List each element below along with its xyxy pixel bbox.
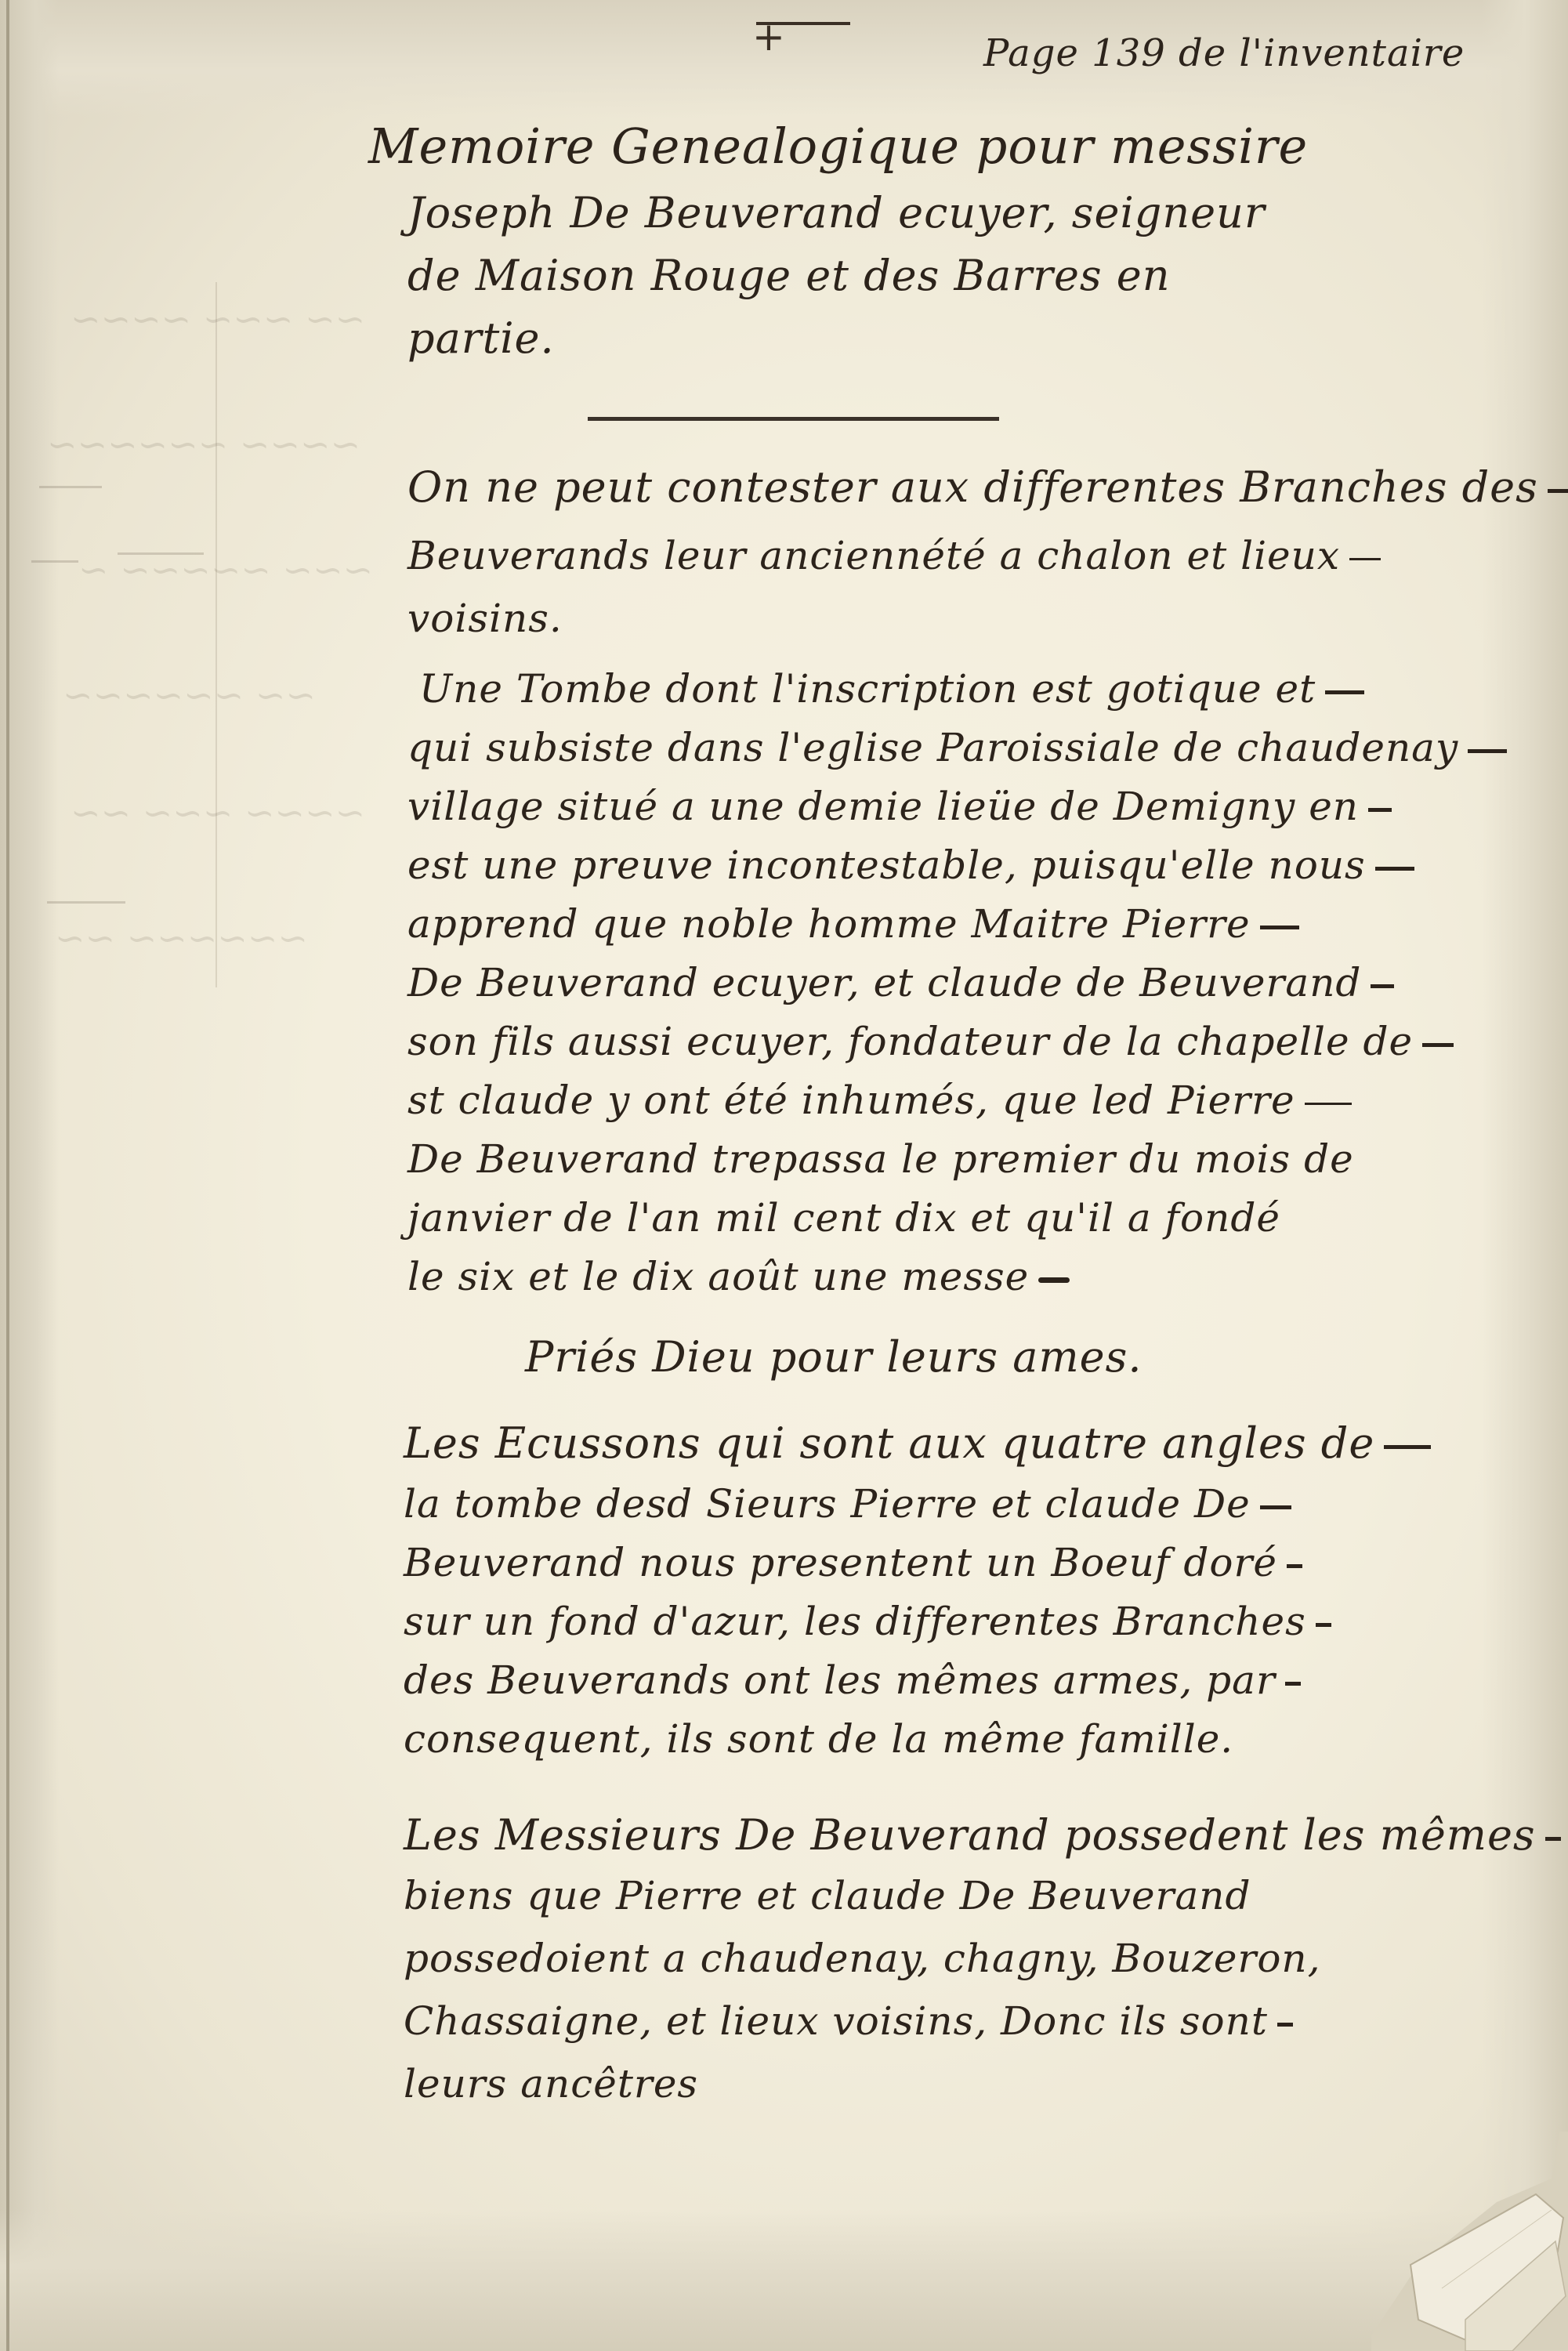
manuscript-page: ~~ ~~~ ~~~~ ~~~~ ~~~~~~ ~~~ ~~~~~ ~ ~~ ~… [0,0,1568,2351]
paragraph-5-line-4: Chassaigne, et lieux voisins, Donc ils s… [404,1998,1293,2044]
paragraph-2-line-5: apprend que noble homme Maitre Pierre [407,901,1299,947]
paragraph-1-line-3: voisins. [407,596,563,641]
title-line-2: Joseph De Beuverand ecuyer, seigneur [407,188,1266,237]
bleed-through-text: ~~~~ ~~~ ~~ [71,792,365,834]
paragraph-4-line-1: Les Ecussons qui sont aux quatre angles … [404,1418,1431,1468]
bleed-through-dash [47,901,125,904]
paragraph-2-line-6: De Beuverand ecuyer, et claude de Beuver… [407,960,1394,1005]
paragraph-4-line-4: sur un fond d'azur, les differentes Bran… [404,1599,1331,1644]
invocation-line: Priés Dieu pour leurs ames. [525,1332,1142,1382]
paragraph-4-line-5: des Beuverands ont les mêmes armes, par [404,1657,1301,1703]
right-shadow [1482,0,1568,2351]
title-separator-rule [588,417,999,421]
title-line-3: de Maison Rouge et des Barres en [407,251,1171,300]
page-edge [6,0,9,2351]
paragraph-1-line-2: Beuverands leur anciennété a chalon et l… [407,533,1381,578]
paragraph-2-line-8: st claude y ont été inhumés, que led Pie… [407,1078,1352,1123]
paragraph-2-line-9: De Beuverand trepassa le premier du mois… [407,1136,1354,1182]
paragraph-4-line-6: consequent, ils sont de la même famille. [404,1716,1233,1762]
title-line-4: partie. [407,313,555,363]
paragraph-2-line-1: Une Tombe dont l'inscription est gotique… [419,666,1364,712]
title-line-1: Memoire Genealogique pour messire [368,118,1308,175]
bleed-through-text: ~~~ ~~~~~ ~ [78,549,373,591]
paragraph-5-line-5: leurs ancêtres [404,2061,698,2106]
top-cross-mark: + [752,14,785,60]
bleed-through-text: ~~ ~~~~~~ [63,674,316,716]
paragraph-2-line-2: qui subsiste dans l'eglise Paroissiale d… [407,725,1507,770]
paragraph-2-line-4: est une preuve incontestable, puisqu'ell… [407,842,1414,888]
paragraph-4-line-2: la tombe desd Sieurs Pierre et claude De [404,1481,1291,1527]
bleed-through-text: ~~ ~~~ ~~~~ [71,298,365,340]
bottom-shadow [0,2210,1568,2351]
paragraph-2-line-7: son fils aussi ecuyer, fondateur de la c… [407,1019,1454,1064]
bleed-through-dash [31,560,78,563]
paragraph-4-line-3: Beuverand nous presentent un Boeuf doré [404,1540,1302,1585]
paragraph-2-line-10: janvier de l'an mil cent dix et qu'il a … [407,1195,1280,1241]
paragraph-5-line-2: biens que Pierre et claude De Beuverand [404,1873,1251,1918]
paragraph-2-line-11: le six et le dix août une messe [407,1254,1070,1299]
bleed-through-text: ~~~~ ~~~~~~ [47,423,360,465]
fold-crease [215,282,217,987]
paragraph-2-line-3: village situé a une demie lieüe de Demig… [407,784,1392,829]
bleed-through-dash [118,552,204,555]
bleed-through-text: ~~~~~~ ~~ [55,917,308,959]
paragraph-5-line-1: Les Messieurs De Beuverand possedent les… [404,1810,1561,1860]
paragraph-5-line-3: possedoient a chaudenay, chagny, Bouzero… [404,1936,1321,1981]
paragraph-1-line-1: On ne peut contester aux differentes Bra… [407,462,1568,512]
inventory-reference: Page 139 de l'inventaire [983,31,1465,75]
folded-corner [1371,2132,1568,2351]
bleed-through-dash [39,486,102,488]
